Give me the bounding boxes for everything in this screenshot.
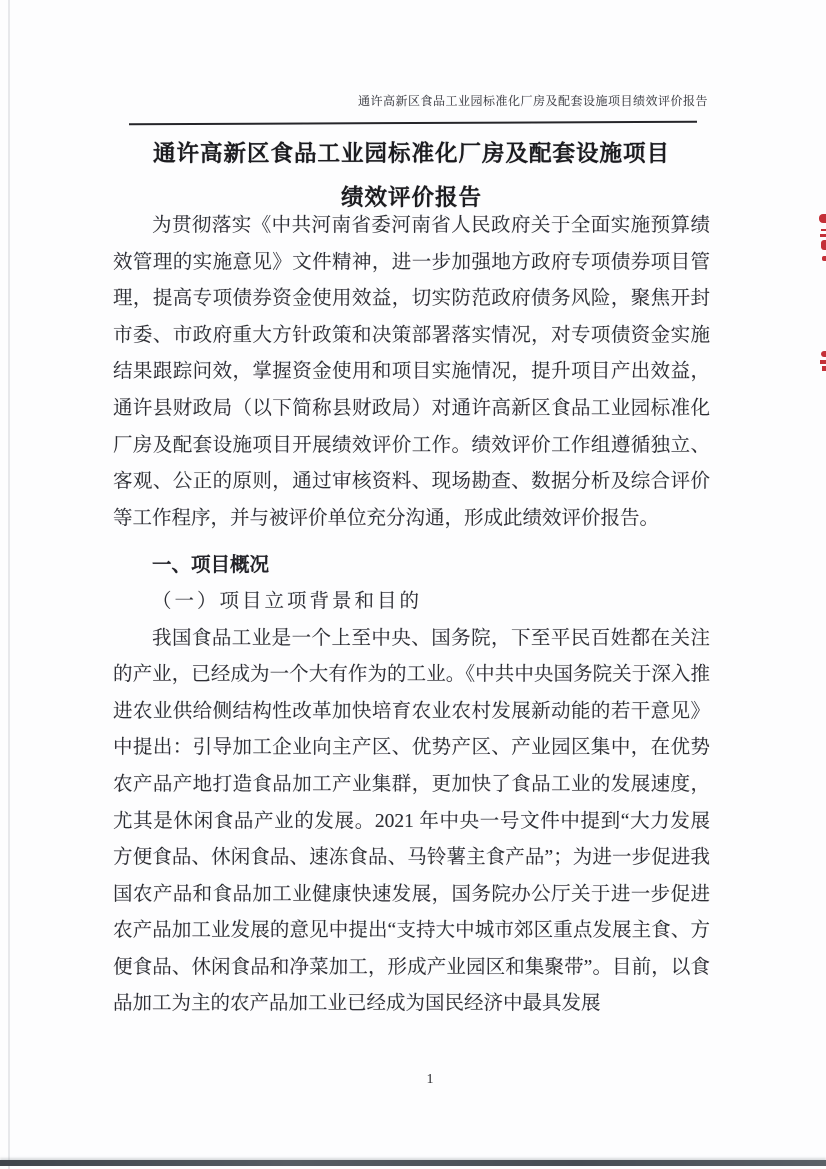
section-paragraph: 我国食品工业是一个上至中央、国务院，下至平民百姓都在关注的产业，已经成为一个大有… [113,621,710,1024]
scan-edge-bottom [0,1160,826,1166]
red-stamp-fragment [820,234,826,237]
red-stamp-fragment [821,351,826,357]
scan-edge-left [8,0,10,1169]
red-stamp-fragment [822,366,826,371]
page-number: 1 [427,1072,434,1088]
section-heading: 一、项目概况 [113,547,710,584]
subsection-heading: （一）项目立项背景和目的 [113,584,710,621]
header-rule [129,121,697,125]
red-stamp-fragment [822,256,826,261]
report-title-line1: 通许高新区食品工业园标准化厂房及配套设施项目 [113,132,710,176]
running-header: 通许高新区食品工业园标准化厂房及配套设施项目绩效评价报告 [358,92,708,109]
report-title: 通许高新区食品工业园标准化厂房及配套设施项目 绩效评价报告 [113,132,710,220]
red-stamp-fragment [821,229,826,231]
red-stamp-fragment [819,214,826,223]
red-stamp-fragment [821,240,826,250]
intro-paragraph: 为贯彻落实《中共河南省委河南省人民政府关于全面实施预算绩效管理的实施意见》文件精… [113,208,710,537]
scanned-report-page: 通许高新区食品工业园标准化厂房及配套设施项目绩效评价报告 通许高新区食品工业园标… [0,0,826,1169]
red-stamp-fragment [820,360,826,364]
report-body: 为贯彻落实《中共河南省委河南省人民政府关于全面实施预算绩效管理的实施意见》文件精… [113,208,710,1023]
